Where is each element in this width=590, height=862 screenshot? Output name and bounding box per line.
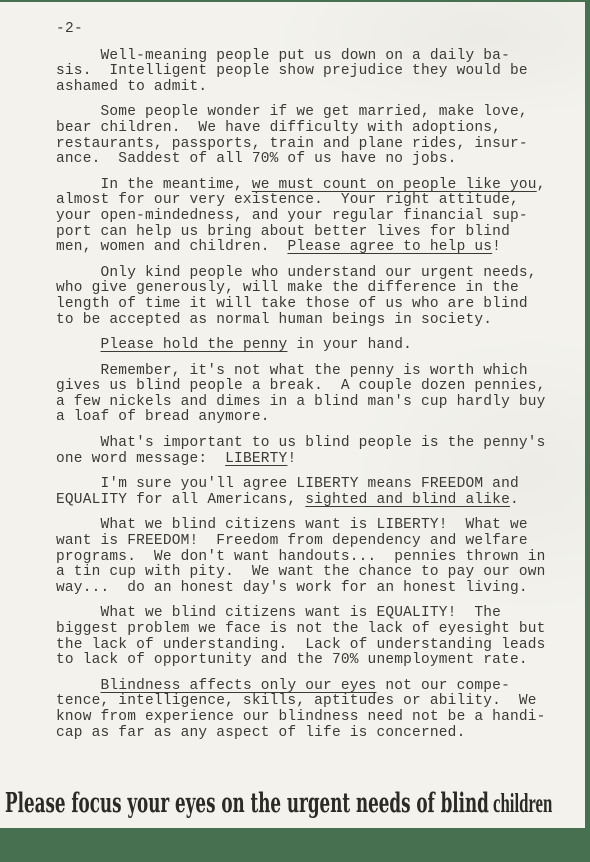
text-segment: Some people wonder if we get married, ma… xyxy=(56,104,528,120)
typewritten-line: to lack of opportunity and the 70% unemp… xyxy=(56,653,542,669)
text-segment: biggest problem we face is not the lack … xyxy=(56,621,546,637)
typewritten-line: cap as far as any aspect of life is conc… xyxy=(56,726,542,742)
text-segment: who give generously, will make the diffe… xyxy=(56,280,519,296)
text-segment: ashamed to admit. xyxy=(56,79,207,95)
text-segment: . xyxy=(510,492,519,508)
text-segment: not our compe- xyxy=(376,678,510,694)
text-segment: want is FREEDOM! Freedom from dependency… xyxy=(56,533,528,549)
text-segment: to be accepted as normal human beings in… xyxy=(56,312,492,328)
typewritten-line: bear children. We have difficulty with a… xyxy=(56,121,542,137)
typewritten-line: who give generously, will make the diffe… xyxy=(56,281,542,297)
text-segment: to lack of opportunity and the 70% unemp… xyxy=(56,652,528,668)
text-segment: I'm sure you'll agree LIBERTY means FREE… xyxy=(56,476,519,492)
typewritten-line: biggest problem we face is not the lack … xyxy=(56,622,542,638)
underlined-phrase: we must count on people like you xyxy=(252,177,537,193)
paragraph: What we blind citizens want is EQUALITY!… xyxy=(56,606,542,668)
typewritten-line: to be accepted as normal human beings in… xyxy=(56,313,542,329)
typewritten-line: restaurants, passports, train and plane … xyxy=(56,137,542,153)
paragraph: Some people wonder if we get married, ma… xyxy=(56,105,542,167)
typewritten-line: sis. Intelligent people show prejudice t… xyxy=(56,64,542,80)
underlined-phrase: LIBERTY xyxy=(225,451,287,467)
paragraph: In the meantime, we must count on people… xyxy=(56,178,542,256)
text-segment: ance. Saddest of all 70% of us have no j… xyxy=(56,151,457,167)
paragraph: Blindness affects only our eyes not our … xyxy=(56,679,542,741)
paragraph: Well-meaning people put us down on a dai… xyxy=(56,49,542,96)
text-segment: know from experience our blindness need … xyxy=(56,709,546,725)
footer-headline-children: children xyxy=(489,788,552,818)
typewritten-line: programs. We don't want handouts... penn… xyxy=(56,550,542,566)
paragraph: Only kind people who understand our urge… xyxy=(56,266,542,328)
text-segment: port can help us bring about better live… xyxy=(56,224,510,240)
text-segment: almost for our very existence. Your righ… xyxy=(56,192,519,208)
typewritten-line: a loaf of bread anymore. xyxy=(56,410,542,426)
text-segment: programs. We don't want handouts... penn… xyxy=(56,549,546,565)
paragraph: What we blind citizens want is LIBERTY! … xyxy=(56,518,542,596)
scan-border-right xyxy=(585,0,590,862)
text-segment: a few nickels and dimes in a blind man's… xyxy=(56,394,546,410)
text-segment: Well-meaning people put us down on a dai… xyxy=(56,48,510,64)
typewritten-line: Well-meaning people put us down on a dai… xyxy=(56,49,542,65)
underlined-phrase: Blindness affects only our eyes xyxy=(101,678,377,694)
typewritten-line: ashamed to admit. xyxy=(56,80,542,96)
typewritten-line: length of time it will take those of us … xyxy=(56,297,542,313)
typewritten-line: Some people wonder if we get married, ma… xyxy=(56,105,542,121)
underlined-phrase: Please hold the penny xyxy=(101,337,288,353)
text-segment: restaurants, passports, train and plane … xyxy=(56,136,528,152)
text-segment: men, women and children. xyxy=(56,239,287,255)
typewritten-line: one word message: LIBERTY! xyxy=(56,452,542,468)
text-segment: In the meantime, xyxy=(56,177,252,193)
typewritten-line: men, women and children. Please agree to… xyxy=(56,240,542,256)
text-segment: bear children. We have difficulty with a… xyxy=(56,120,501,136)
typewritten-line: What we blind citizens want is EQUALITY!… xyxy=(56,606,542,622)
typewritten-line: ance. Saddest of all 70% of us have no j… xyxy=(56,152,542,168)
typewritten-line: EQUALITY for all Americans, sighted and … xyxy=(56,493,542,509)
typewritten-line: the lack of understanding. Lack of under… xyxy=(56,638,542,654)
footer-headline-text: Please focus your eyes on the urgent nee… xyxy=(5,786,552,821)
text-segment: , xyxy=(537,177,546,193)
letter-content: -2- Well-meaning people put us down on a… xyxy=(56,22,542,751)
text-segment xyxy=(56,678,101,694)
text-segment: Only kind people who understand our urge… xyxy=(56,265,537,281)
text-segment: way... do an honest day's work for an ho… xyxy=(56,580,528,596)
typewritten-line: I'm sure you'll agree LIBERTY means FREE… xyxy=(56,477,542,493)
text-segment: a tin cup with pity. We want the chance … xyxy=(56,564,546,580)
typewritten-line: Only kind people who understand our urge… xyxy=(56,266,542,282)
text-segment: What's important to us blind people is t… xyxy=(56,435,546,451)
text-segment: in your hand. xyxy=(287,337,412,353)
text-segment: What we blind citizens want is EQUALITY!… xyxy=(56,605,501,621)
paragraph: Please hold the penny in your hand. xyxy=(56,338,542,354)
text-segment: tence, intelligence, skills, aptitudes o… xyxy=(56,693,537,709)
paragraph: Remember, it's not what the penny is wor… xyxy=(56,364,542,426)
typewritten-line: Please hold the penny in your hand. xyxy=(56,338,542,354)
text-segment: ! xyxy=(287,451,296,467)
text-segment: the lack of understanding. Lack of under… xyxy=(56,637,546,653)
typewritten-line: In the meantime, we must count on people… xyxy=(56,178,542,194)
text-segment: a loaf of bread anymore. xyxy=(56,409,270,425)
typewritten-line: a few nickels and dimes in a blind man's… xyxy=(56,395,542,411)
typewritten-line: a tin cup with pity. We want the chance … xyxy=(56,565,542,581)
text-segment: cap as far as any aspect of life is conc… xyxy=(56,725,465,741)
typewritten-line: know from experience our blindness need … xyxy=(56,710,542,726)
typewritten-line: tence, intelligence, skills, aptitudes o… xyxy=(56,694,542,710)
footer-headline: Please focus your eyes on the urgent nee… xyxy=(5,786,590,822)
text-segment: ! xyxy=(492,239,501,255)
text-segment: gives us blind people a break. A couple … xyxy=(56,378,546,394)
text-segment: Remember, it's not what the penny is wor… xyxy=(56,363,528,379)
typewritten-line: What we blind citizens want is LIBERTY! … xyxy=(56,518,542,534)
scan-border-top xyxy=(0,0,590,2)
text-segment xyxy=(56,337,101,353)
footer-headline-main: Please focus your eyes on the urgent nee… xyxy=(5,788,489,819)
text-segment: What we blind citizens want is LIBERTY! … xyxy=(56,517,528,533)
paragraph: I'm sure you'll agree LIBERTY means FREE… xyxy=(56,477,542,508)
typewritten-line: port can help us bring about better live… xyxy=(56,225,542,241)
underlined-phrase: sighted and blind alike xyxy=(305,492,510,508)
typewritten-line: Blindness affects only our eyes not our … xyxy=(56,679,542,695)
text-segment: length of time it will take those of us … xyxy=(56,296,528,312)
typewritten-line: What's important to us blind people is t… xyxy=(56,436,542,452)
text-segment: EQUALITY for all Americans, xyxy=(56,492,305,508)
typewritten-line: gives us blind people a break. A couple … xyxy=(56,379,542,395)
typewritten-line: almost for our very existence. Your righ… xyxy=(56,193,542,209)
typewritten-line: your open-mindedness, and your regular f… xyxy=(56,209,542,225)
typewritten-body: Well-meaning people put us down on a dai… xyxy=(56,49,542,742)
text-segment: sis. Intelligent people show prejudice t… xyxy=(56,63,528,79)
typewritten-line: way... do an honest day's work for an ho… xyxy=(56,581,542,597)
scanned-letter-page: -2- Well-meaning people put us down on a… xyxy=(0,0,590,862)
scan-border-bottom xyxy=(0,828,590,862)
typewritten-line: want is FREEDOM! Freedom from dependency… xyxy=(56,534,542,550)
text-segment: one word message: xyxy=(56,451,225,467)
typewritten-line: Remember, it's not what the penny is wor… xyxy=(56,364,542,380)
underlined-phrase: Please agree to help us xyxy=(287,239,492,255)
page-number: -2- xyxy=(56,22,542,38)
paragraph: What's important to us blind people is t… xyxy=(56,436,542,467)
text-segment: your open-mindedness, and your regular f… xyxy=(56,208,528,224)
